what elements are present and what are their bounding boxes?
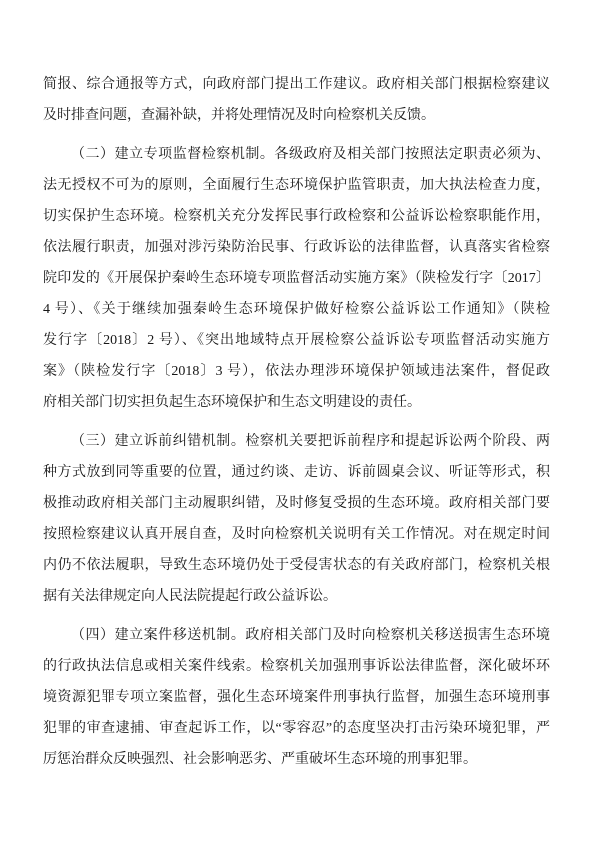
text-line: （四）建立案件移送机制。政府相关部门及时向检察机关移送损害生态环境: [43, 620, 550, 651]
text-line: （三）建立诉前纠错机制。检察机关要把诉前程序和提起诉讼两个阶段、两: [43, 426, 550, 457]
text-line: 4 号）、《关于继续加强秦岭生态环境保护做好检察公益诉讼工作通知》（陕检: [43, 294, 550, 325]
text-line: 极推动政府相关部门主动履职纠错，及时修复受损的生态环境。政府相关部门要: [43, 488, 550, 519]
text-line: 案》（陕检发行字〔2018〕3 号），依法办理涉环境保护领域违法案件，督促政: [43, 356, 550, 387]
text-line: 府相关部门切实担负起生态环境保护和生态文明建设的责任。: [43, 387, 550, 418]
paragraph-continuation: 简报、综合通报等方式，向政府部门提出工作建议。政府相关部门根据检察建议 及时排查…: [43, 69, 550, 131]
paragraph-section-2: （二）建立专项监督检察机制。各级政府及相关部门按照法定职责必须为、 法无授权不可…: [43, 139, 550, 418]
text-line: 据有关法律规定向人民法院提起行政公益诉讼。: [43, 581, 550, 612]
text-line: 院印发的《开展保护秦岭生态环境专项监督活动实施方案》（陕检发行字〔2017〕: [43, 263, 550, 294]
text-line: 简报、综合通报等方式，向政府部门提出工作建议。政府相关部门根据检察建议: [43, 69, 550, 100]
text-line: 内仍不依法履职，导致生态环境仍处于受侵害状态的有关政府部门，检察机关根: [43, 550, 550, 581]
paragraph-section-3: （三）建立诉前纠错机制。检察机关要把诉前程序和提起诉讼两个阶段、两 种方式放到同…: [43, 426, 550, 612]
text-line: 犯罪的审查逮捕、审查起诉工作，以“零容忍”的态度坚决打击污染环境犯罪，严: [43, 713, 550, 744]
text-line: 及时排查问题，查漏补缺，并将处理情况及时向检察机关反馈。: [43, 100, 550, 131]
text-line: 切实保护生态环境。检察机关充分发挥民事行政检察和公益诉讼检察职能作用，: [43, 201, 550, 232]
text-line: 依法履行职责，加强对涉污染防治民事、行政诉讼的法律监督，认真落实省检察: [43, 232, 550, 263]
text-line: 按照检察建议认真开展自查，及时向检察机关说明有关工作情况。对在规定时间: [43, 519, 550, 550]
text-line: 发行字〔2018〕2 号）、《突出地域特点开展检察公益诉讼专项监督活动实施方: [43, 325, 550, 356]
text-line: 的行政执法信息或相关案件线索。检察机关加强刑事诉讼法律监督，深化破坏环: [43, 651, 550, 682]
text-line: 法无授权不可为的原则，全面履行生态环境保护监管职责，加大执法检查力度，: [43, 170, 550, 201]
document-page: 简报、综合通报等方式，向政府部门提出工作建议。政府相关部门根据检察建议 及时排查…: [0, 0, 595, 841]
text-line: 厉惩治群众反映强烈、社会影响恶劣、严重破坏生态环境的刑事犯罪。: [43, 744, 550, 775]
text-line: 境资源犯罪专项立案监督，强化生态环境案件刑事执行监督，加强生态环境刑事: [43, 682, 550, 713]
paragraph-section-4: （四）建立案件移送机制。政府相关部门及时向检察机关移送损害生态环境 的行政执法信…: [43, 620, 550, 775]
text-line: （二）建立专项监督检察机制。各级政府及相关部门按照法定职责必须为、: [43, 139, 550, 170]
text-line: 种方式放到同等重要的位置，通过约谈、走访、诉前圆桌会议、听证等形式，积: [43, 457, 550, 488]
